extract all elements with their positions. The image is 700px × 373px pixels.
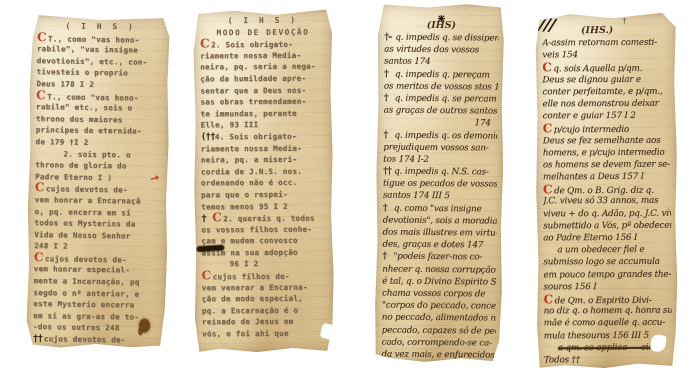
line-text: rabile" etc., sois o [36, 102, 132, 112]
line-text: "corpos do peccado, concebidos [382, 301, 496, 312]
text-line: Todos †† [544, 354, 672, 367]
line-text: neira, pq. a miseri- [201, 155, 297, 165]
text-line: †q. impedis q. se percam [384, 92, 498, 105]
text-line: mãe é como aquelle q. accu- [544, 317, 672, 330]
asterisk-mark: +× [435, 13, 447, 24]
text-line: Elle, 93 III [201, 119, 327, 131]
line-text: Deus se dignou guiar e [542, 74, 640, 85]
line-text: cujos devotos de- [46, 185, 128, 195]
line-text: sentar que a Deus nos- [200, 85, 306, 95]
line-text: para que o respei- [201, 190, 288, 200]
line-text: reinado de Jesus em [202, 317, 294, 327]
text-line: A-assim retornam comesti- [542, 37, 670, 50]
text-line: †C2. quereis q. todos [201, 212, 327, 224]
text-line: temos menos 95 I 2 [201, 200, 327, 212]
text-line: as graças de outros santos [384, 105, 498, 118]
paper-strip-3: +× (IHS) †-q. impedis q. se dissipemas v… [374, 3, 504, 362]
line-text: conter perfeitamte, e p/qm., [542, 86, 662, 97]
line-text: cordia de J.N.S. nos. [201, 166, 302, 176]
line-text: Deus 178 I 2 [36, 79, 94, 89]
line-text: q. como "vas insigne [394, 203, 482, 214]
line-text: é tal, q. o Divino Espirito Sto. [382, 276, 496, 287]
text-line: a um obedecer fiel e [543, 244, 671, 257]
line-text: cado, corrompendo-se ca- [382, 337, 492, 348]
line-text: throno dos maiores [36, 114, 123, 124]
line-text: Vida de Nosso Senhor [34, 230, 130, 240]
text-line: cordia de J.N.S. nos. [201, 165, 327, 177]
line-text: devotionis", etc., con- [37, 56, 148, 67]
line-text: segdo o nº anterior, e [33, 288, 139, 298]
rubric-c-mark: C [212, 212, 223, 224]
strip-3-content: +× (IHS) †-q. impedis q. se dissipemas v… [374, 3, 504, 362]
cross-mark: † [384, 68, 395, 80]
line-text: A-assim retornam comesti- [542, 38, 657, 49]
text-line: C2. Sois obrigato- [200, 38, 326, 50]
rubric-c-mark: C [36, 90, 47, 102]
line-text: T., como "vas hono- [47, 92, 139, 102]
text-line: devotionis", sois a moradia [383, 214, 497, 227]
text-line: em pouco tempo grandes the- [543, 268, 671, 281]
line-text: em pouco tempo grandes the- [543, 269, 671, 280]
line-text: conter e guiar 157 I 2 [543, 111, 636, 121]
strip-4-lines: A-assim retornam comesti-veis 154Cq. soi… [542, 37, 672, 367]
text-line: conter e guiar 157 I 2 [543, 110, 671, 123]
text-line: Cq. sois Aquella p/qm. [542, 61, 670, 74]
text-line: santos 174 III 5 [383, 190, 497, 203]
document-title: MODO DE DEVOÇÃO [200, 26, 326, 38]
text-line: †q. impedis q. pereçam [384, 68, 498, 81]
line-text: riamente nossa Media- [200, 51, 301, 61]
text-line: vem venerar a Encarna- [202, 281, 328, 293]
text-line: chama vossos corpos de [382, 287, 496, 300]
line-text: des, graças e dotes 147 [382, 240, 483, 251]
line-text: em si as gra-as de to- [33, 311, 139, 321]
text-line: Cde Qm. o Espirito Divi- [544, 293, 672, 306]
line-text: no peccado, alimentados no [382, 313, 496, 324]
text-line: para que o respei- [201, 188, 327, 200]
line-text: Deus se fez semelhante aos [543, 135, 661, 146]
line-text: tigue os pecados de vossos [383, 179, 497, 190]
line-text: T., como "vas hono- [48, 34, 140, 44]
line-text: vós, e foi ahi que [202, 329, 289, 339]
line-text: pq. a Encarnação é o [202, 306, 298, 316]
text-line: tos 174 I-2 [383, 153, 497, 166]
text-line: riamente nossa Media- [201, 142, 327, 154]
text-line: †q. impedis q. os demonios [383, 129, 497, 142]
line-text: dos mais illustres em virtu- [383, 228, 497, 239]
text-line: no peccado, alimentados no [382, 312, 496, 325]
text-line: santos 174 [384, 56, 498, 69]
text-line: Deus se fez semelhante aos [543, 134, 671, 147]
text-line: viveu + do q. Adão, pq. J.C. vive [543, 207, 671, 220]
line-text: 4. Sois obrigato- [215, 132, 297, 142]
text-line: os meritos de vossos stos 174 [384, 80, 498, 93]
line-text: tos 174 I-2 [383, 154, 429, 164]
text-line: reinado de Jesus em [202, 316, 328, 328]
cross-mark: † [383, 202, 394, 214]
text-line: pq. a Encarnação é o [202, 304, 328, 316]
line-text: te immundas, perante [200, 109, 296, 119]
line-text: 2. Sois obrigato- [211, 40, 293, 50]
line-text: vem venerar a Encarna- [202, 282, 308, 292]
text-line: Cde Qm. o B. Grig. diz q. [543, 183, 671, 196]
text-line: nhecer q. nossa corrupção [382, 263, 496, 276]
line-text: ordenando não é occ. [201, 178, 297, 188]
line-text: santos 174 [384, 57, 430, 67]
text-line: submettido a Vós, pª obedecer [543, 219, 671, 232]
line-text: os vossos filhos conhe- [201, 224, 312, 234]
ihs-header: (IHS.) [542, 25, 670, 38]
rubric-c-mark: C [543, 184, 554, 196]
line-text: viveu + do q. Adão, pq. J.C. vive [543, 208, 671, 219]
line-text: devotionis", sois a moradia [383, 215, 497, 226]
text-line: cado, corrompendo-se ca- [382, 336, 496, 349]
rubric-c-mark: C [200, 39, 211, 51]
cross-mark: (†† [201, 131, 215, 143]
strip-2-content: ( I H S ) MODO DE DEVOÇÃO C2. Sois obrig… [193, 10, 334, 353]
photo-canvas: ( I H S ) CT., como "vas hono-rabile", "… [0, 0, 700, 373]
line-text: o, pq. encerra em si [35, 207, 131, 217]
line-text: a um obedecer fiel e [557, 245, 644, 255]
line-text: q. impedis q. os demonios [394, 130, 497, 141]
cross-mark: † [201, 213, 212, 224]
line-text: mula thesouros 156 III 5 [544, 330, 649, 341]
line-text: mente a Incarnação, pq [34, 276, 140, 286]
text-line: peccado, capazes só de pec- [382, 324, 496, 337]
line-text: -dos os outros 248 [33, 323, 120, 333]
text-line: submisso logo se accumula [543, 256, 671, 269]
cross-mark: †† [383, 166, 394, 178]
text-line: ção da humildade apre- [200, 73, 326, 85]
text-line: melhantes a Deus 157 I [543, 171, 671, 184]
line-text: cujos devotos de- [44, 334, 126, 344]
line-text: os meritos de vossos stos 174 [384, 81, 498, 92]
line-text: peccado, capazes só de pec- [382, 325, 496, 336]
line-text: mãe é como aquelle q. accu- [544, 318, 665, 329]
strip-2-lines: C2. Sois obrigato-riamente nossa Media-n… [200, 38, 328, 340]
line-text: da vez mais, e enfurecidos [381, 349, 494, 360]
paper-strip-2: ( I H S ) MODO DE DEVOÇÃO C2. Sois obrig… [193, 10, 334, 353]
text-line: 174 [383, 117, 497, 130]
text-line: (††4. Sois obrigato- [201, 130, 327, 142]
strip-1-lines: CT., como "vas hono-rabile", "vas insign… [33, 32, 164, 347]
line-text: cujos devotos de- [45, 254, 127, 264]
rubric-c-mark: C [543, 123, 554, 135]
line-text: p/cujo intermedio [554, 125, 629, 135]
text-line: os vossos filhos conhe- [201, 223, 327, 235]
cross-mark: †- [384, 32, 395, 44]
line-text: throno de gloria do [35, 160, 127, 170]
paper-strip-4: /// † (IHS.) A-assim retornam comesti-ve… [535, 13, 678, 369]
rubric-c-mark: C [37, 32, 48, 44]
line-text: vem honrar a Encarnaçã [35, 195, 141, 205]
line-text: 174 [474, 119, 490, 129]
text-line: veis 154 [542, 49, 670, 62]
text-line: te immundas, perante [200, 107, 326, 119]
text-line: conter perfeitamte, e p/qm., [542, 85, 670, 98]
cross-mark: † [384, 92, 395, 104]
line-text: as graças de outros santos [384, 106, 498, 117]
line-text: 96 I 2 [230, 260, 259, 269]
line-text: Padre Eterno I ) [35, 172, 112, 182]
line-text: Todos †† [544, 355, 580, 365]
line-text: q. impedis q. pereçam [395, 69, 490, 80]
text-line: ††cujos devotos de- [33, 333, 160, 346]
line-text: submettido a Vós, pª obedecer [543, 220, 671, 231]
line-text: homens, e p/cujo intermedio [543, 147, 665, 158]
text-line: †-q. impedis q. se dissipem [384, 32, 498, 45]
cross-mark: † [382, 251, 393, 263]
line-text: ção da humildade apre- [200, 74, 306, 84]
line-text: q. sois Aquella p/qm. [553, 64, 642, 74]
line-text: melhantes a Deus 157 I [543, 172, 644, 183]
corner-strokes-mark: /// [538, 15, 556, 36]
line-text: elle nos demonstrou deixar [543, 99, 659, 110]
line-text: a qm. se applica — eiro [558, 342, 658, 353]
text-line: os homens se devem fazer se- [543, 159, 671, 172]
line-text: "podeis fazer-nos co- [393, 252, 482, 263]
line-text: no diz q. o homem q. honra sua [544, 306, 672, 317]
line-text: cujos filhos de- [213, 272, 290, 282]
line-text: vem honrar especial- [34, 265, 130, 275]
ihs-header: ( I H S ) [200, 15, 326, 27]
text-line: Ccujos filhos de- [202, 270, 328, 282]
text-line: †"podeis fazer-nos co- [382, 251, 496, 264]
line-text: chama vossos corpos de [382, 288, 485, 299]
text-line: Deus se dignou guiar e [542, 73, 670, 86]
text-line: neira, pq. a miseri- [201, 154, 327, 166]
text-line: sentar que a Deus nos- [200, 84, 326, 96]
text-line: riamente nossa Media- [200, 49, 326, 61]
line-text: tivesteis o proprio [36, 68, 128, 78]
cross-mark: †† [33, 333, 44, 345]
line-text: q. impedis q. se percam [395, 94, 497, 105]
line-text: nhecer q. nossa corrupção [382, 264, 495, 275]
text-line: Cp/cujo intermedio [543, 122, 671, 135]
line-text: ao Padre Eterno 156 I [543, 233, 637, 243]
line-text: veis 154 [542, 50, 578, 60]
text-line: 96 I 2 [202, 258, 328, 270]
text-line: souros 156 I [543, 280, 671, 293]
rubric-c-mark: C [202, 270, 213, 282]
strip-4-content: † (IHS.) A-assim retornam comesti-veis 1… [535, 13, 678, 369]
strip-1-content: ( I H S ) CT., como "vas hono-rabile", "… [26, 15, 171, 349]
text-line: J.C. viveu só 33 annos, mas [543, 195, 671, 208]
line-text: Elle, 93 III [201, 120, 259, 129]
line-text: principes da eternida- [36, 125, 142, 135]
text-line: da vez mais, e enfurecidos [381, 348, 495, 361]
line-text: este Mysterio encerra [33, 299, 134, 309]
text-line: elle nos demonstrou deixar [543, 98, 671, 111]
line-text: rabile", "vas insigne [37, 44, 138, 54]
text-line: prejudiquem vossos san- [383, 141, 497, 154]
line-text: 2. quereis q. todos [223, 214, 315, 224]
text-line: é tal, q. o Divino Espirito Sto. [382, 275, 496, 288]
line-text: souros 156 I [543, 282, 596, 292]
line-text: temos menos 95 I 2 [201, 201, 288, 211]
text-line: sas obras tremendamen- [200, 96, 326, 108]
text-line: ção de modo especial, [202, 293, 328, 305]
text-line: dos mais illustres em virtu- [383, 227, 497, 240]
text-line: vós, e foi ahi que [202, 328, 328, 340]
line-text: ção de modo especial, [202, 294, 303, 304]
line-text: 2. sois pto. o [63, 149, 131, 159]
text-line: †q. como "vas insigne [383, 202, 497, 215]
text-line: ††q. impedis q. N.S. cas- [383, 166, 497, 179]
rubric-c-mark: C [544, 293, 555, 305]
text-line: no diz q. o homem q. honra sua [544, 305, 672, 318]
text-line: as virtudes dos vossos [384, 44, 498, 57]
text-line: ordenando não é occ. [201, 177, 327, 189]
line-text: J.C. viveu só 33 annos, mas [543, 196, 658, 207]
line-text: neira, pq. seria a nega- [200, 62, 316, 72]
rubric-c-mark: C [35, 182, 46, 194]
line-text: os homens se devem fazer se- [543, 160, 670, 171]
line-text: todos os Mysterios da [34, 218, 135, 228]
cross-mark: † [383, 129, 394, 141]
line-text: q. impedis q. N.S. cas- [394, 167, 489, 178]
line-text: prejudiquem vossos san- [383, 142, 488, 153]
rubric-c-mark: C [34, 252, 45, 264]
strip-3-lines: †-q. impedis q. se dissipemas virtudes d… [381, 32, 498, 362]
line-text: q. impedis q. se dissipem [395, 33, 498, 44]
line-text: riamente nossa Media- [201, 143, 302, 153]
text-line: "corpos do peccado, concebidos [382, 300, 496, 313]
line-text: 248 I 2 [34, 241, 68, 250]
text-line: neira, pq. seria a nega- [200, 61, 326, 73]
line-text: as virtudes dos vossos [384, 45, 479, 56]
paper-strip-1: ( I H S ) CT., como "vas hono-rabile", "… [26, 15, 171, 349]
line-text: de 179 †I 2 [35, 137, 88, 147]
text-line: homens, e p/cujo intermedio [543, 146, 671, 159]
text-line: des, graças e dotes 147 [382, 239, 496, 252]
text-line: tigue os pecados de vossos [383, 178, 497, 191]
line-text: sas obras tremendamen- [200, 97, 306, 107]
rubric-c-mark: C [542, 62, 553, 74]
text-line: ao Padre Eterno 156 I [543, 232, 671, 245]
line-text: santos 174 III 5 [383, 191, 450, 202]
line-text: submisso logo se accumula [543, 257, 659, 268]
